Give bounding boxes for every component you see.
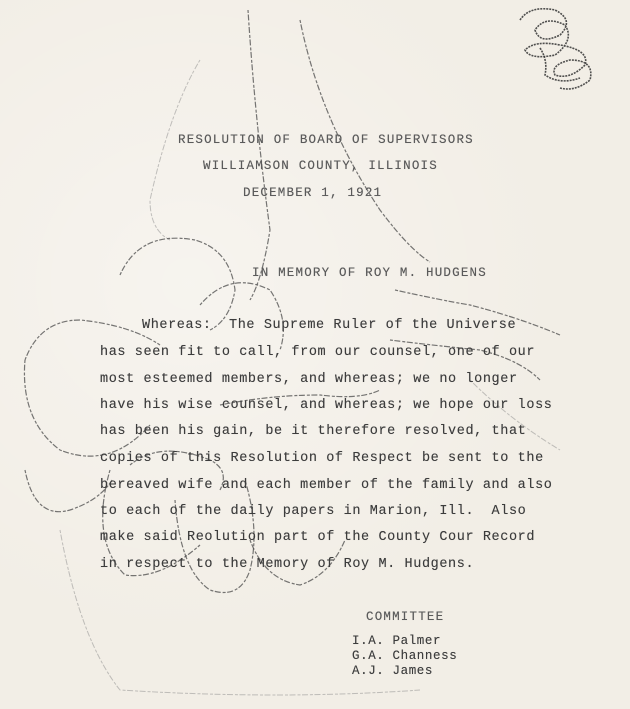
committee-member: G.A. Channess xyxy=(352,650,457,663)
heading-date: DECEMBER 1, 1921 xyxy=(243,186,382,200)
body-line-1: Whereas: The Supreme Ruler of the Univer… xyxy=(142,318,516,333)
body-line-4: have his wise counsel, and whereas; we h… xyxy=(100,398,552,413)
body-line-10: in respect to the Memory of Roy M. Hudge… xyxy=(100,557,474,572)
committee-member: A.J. James xyxy=(352,665,433,678)
heading-line-2: WILLIAMSON COUNTY, ILLINOIS xyxy=(203,159,438,173)
body-line-3: most esteemed members, and whereas; we n… xyxy=(100,372,518,387)
committee-member: I.A. Palmer xyxy=(352,635,441,648)
body-line-6: copies of this Resolution of Respect be … xyxy=(100,451,544,466)
body-line-9: make said Reolution part of the County C… xyxy=(100,530,535,545)
body-line-7: bereaved wife and each member of the fam… xyxy=(100,478,552,493)
committee-label: COMMITTEE xyxy=(366,610,444,624)
body-line-2: has seen fit to call, from our counsel, … xyxy=(100,345,535,360)
body-line-5: has been his gain, be it therefore resol… xyxy=(100,424,526,439)
body-line-8: to each of the daily papers in Marion, I… xyxy=(100,504,526,519)
memorial-subtitle: IN MEMORY OF ROY M. HUDGENS xyxy=(252,266,487,280)
heading-line-1: RESOLUTION OF BOARD OF SUPERVISORS xyxy=(178,133,474,147)
